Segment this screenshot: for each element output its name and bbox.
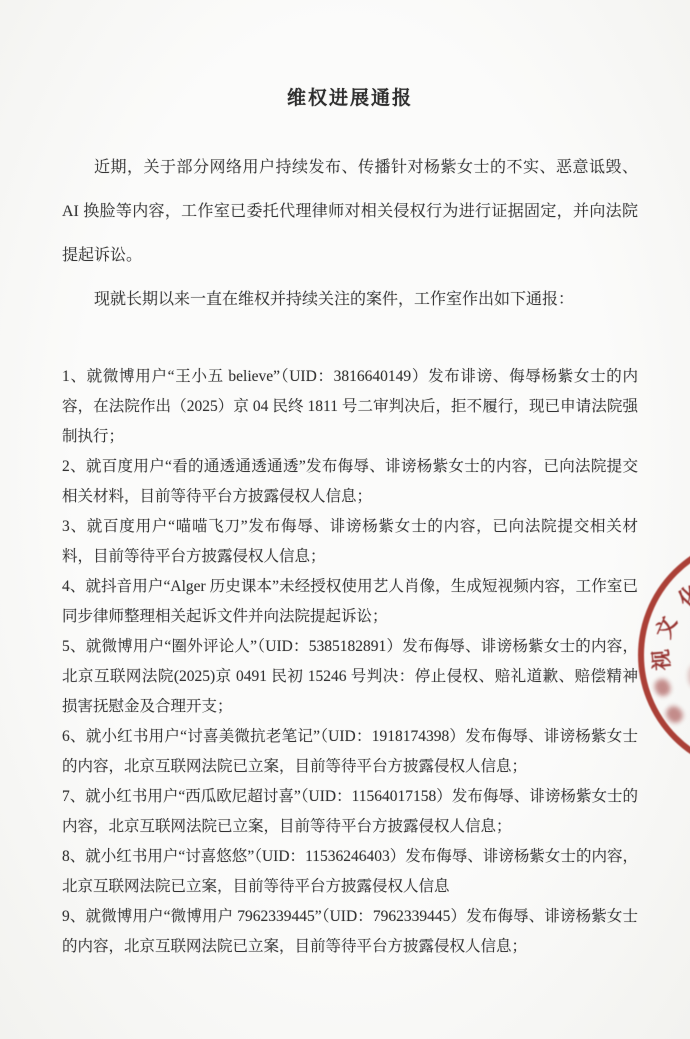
case-item: 9、就微博用户“微博用户 7962339445”（UID：7962339445）… bbox=[62, 902, 638, 962]
red-seal-stamp: 化 文 视 bbox=[638, 535, 690, 775]
document-title: 维权进展通报 bbox=[62, 86, 638, 112]
intro-paragraph: 近期，关于部分网络用户持续发布、传播针对杨紫女士的不实、恶意诋毁、AI 换脸等内… bbox=[62, 146, 638, 278]
case-item: 4、就抖音用户“Alger 历史课本”未经授权使用艺人肖像，生成短视频内容，工作… bbox=[62, 572, 638, 632]
seal-character: 视 bbox=[645, 648, 677, 672]
scanned-document-page: 维权进展通报 近期，关于部分网络用户持续发布、传播针对杨紫女士的不实、恶意诋毁、… bbox=[0, 0, 690, 1039]
case-item: 6、就小红书用户“讨喜美微抗老笔记”（UID：1918174398）发布侮辱、诽… bbox=[62, 722, 638, 782]
seal-character: 化 bbox=[670, 577, 690, 613]
seal-ring bbox=[638, 535, 690, 775]
case-item: 3、就百度用户“喵喵飞刀”发布侮辱、诽谤杨紫女士的内容，已向法院提交相关材料，目… bbox=[62, 512, 638, 572]
case-list: 1、就微博用户“王小五 believe”（UID：3816640149）发布诽谤… bbox=[62, 362, 638, 962]
seal-blurred-character bbox=[652, 677, 673, 699]
intro-section: 近期，关于部分网络用户持续发布、传播针对杨紫女士的不实、恶意诋毁、AI 换脸等内… bbox=[62, 146, 638, 322]
intro-paragraph: 现就长期以来一直在维权并持续关注的案件，工作室作出如下通报： bbox=[62, 278, 638, 322]
seal-blurred-character bbox=[663, 703, 686, 726]
seal-character: 文 bbox=[648, 611, 684, 642]
case-item: 7、就小红书用户“西瓜欧尼超讨喜”（UID：11564017158）发布侮辱、诽… bbox=[62, 782, 638, 842]
case-item: 5、就微博用户“圈外评论人”（UID：5385182891）发布侮辱、诽谤杨紫女… bbox=[62, 632, 638, 722]
case-item: 1、就微博用户“王小五 believe”（UID：3816640149）发布诽谤… bbox=[62, 362, 638, 452]
case-item: 2、就百度用户“看的通透通透通透”发布侮辱、诽谤杨紫女士的内容，已向法院提交相关… bbox=[62, 452, 638, 512]
case-item: 8、就小红书用户“讨喜悠悠”（UID：11536246403）发布侮辱、诽谤杨紫… bbox=[62, 842, 638, 902]
